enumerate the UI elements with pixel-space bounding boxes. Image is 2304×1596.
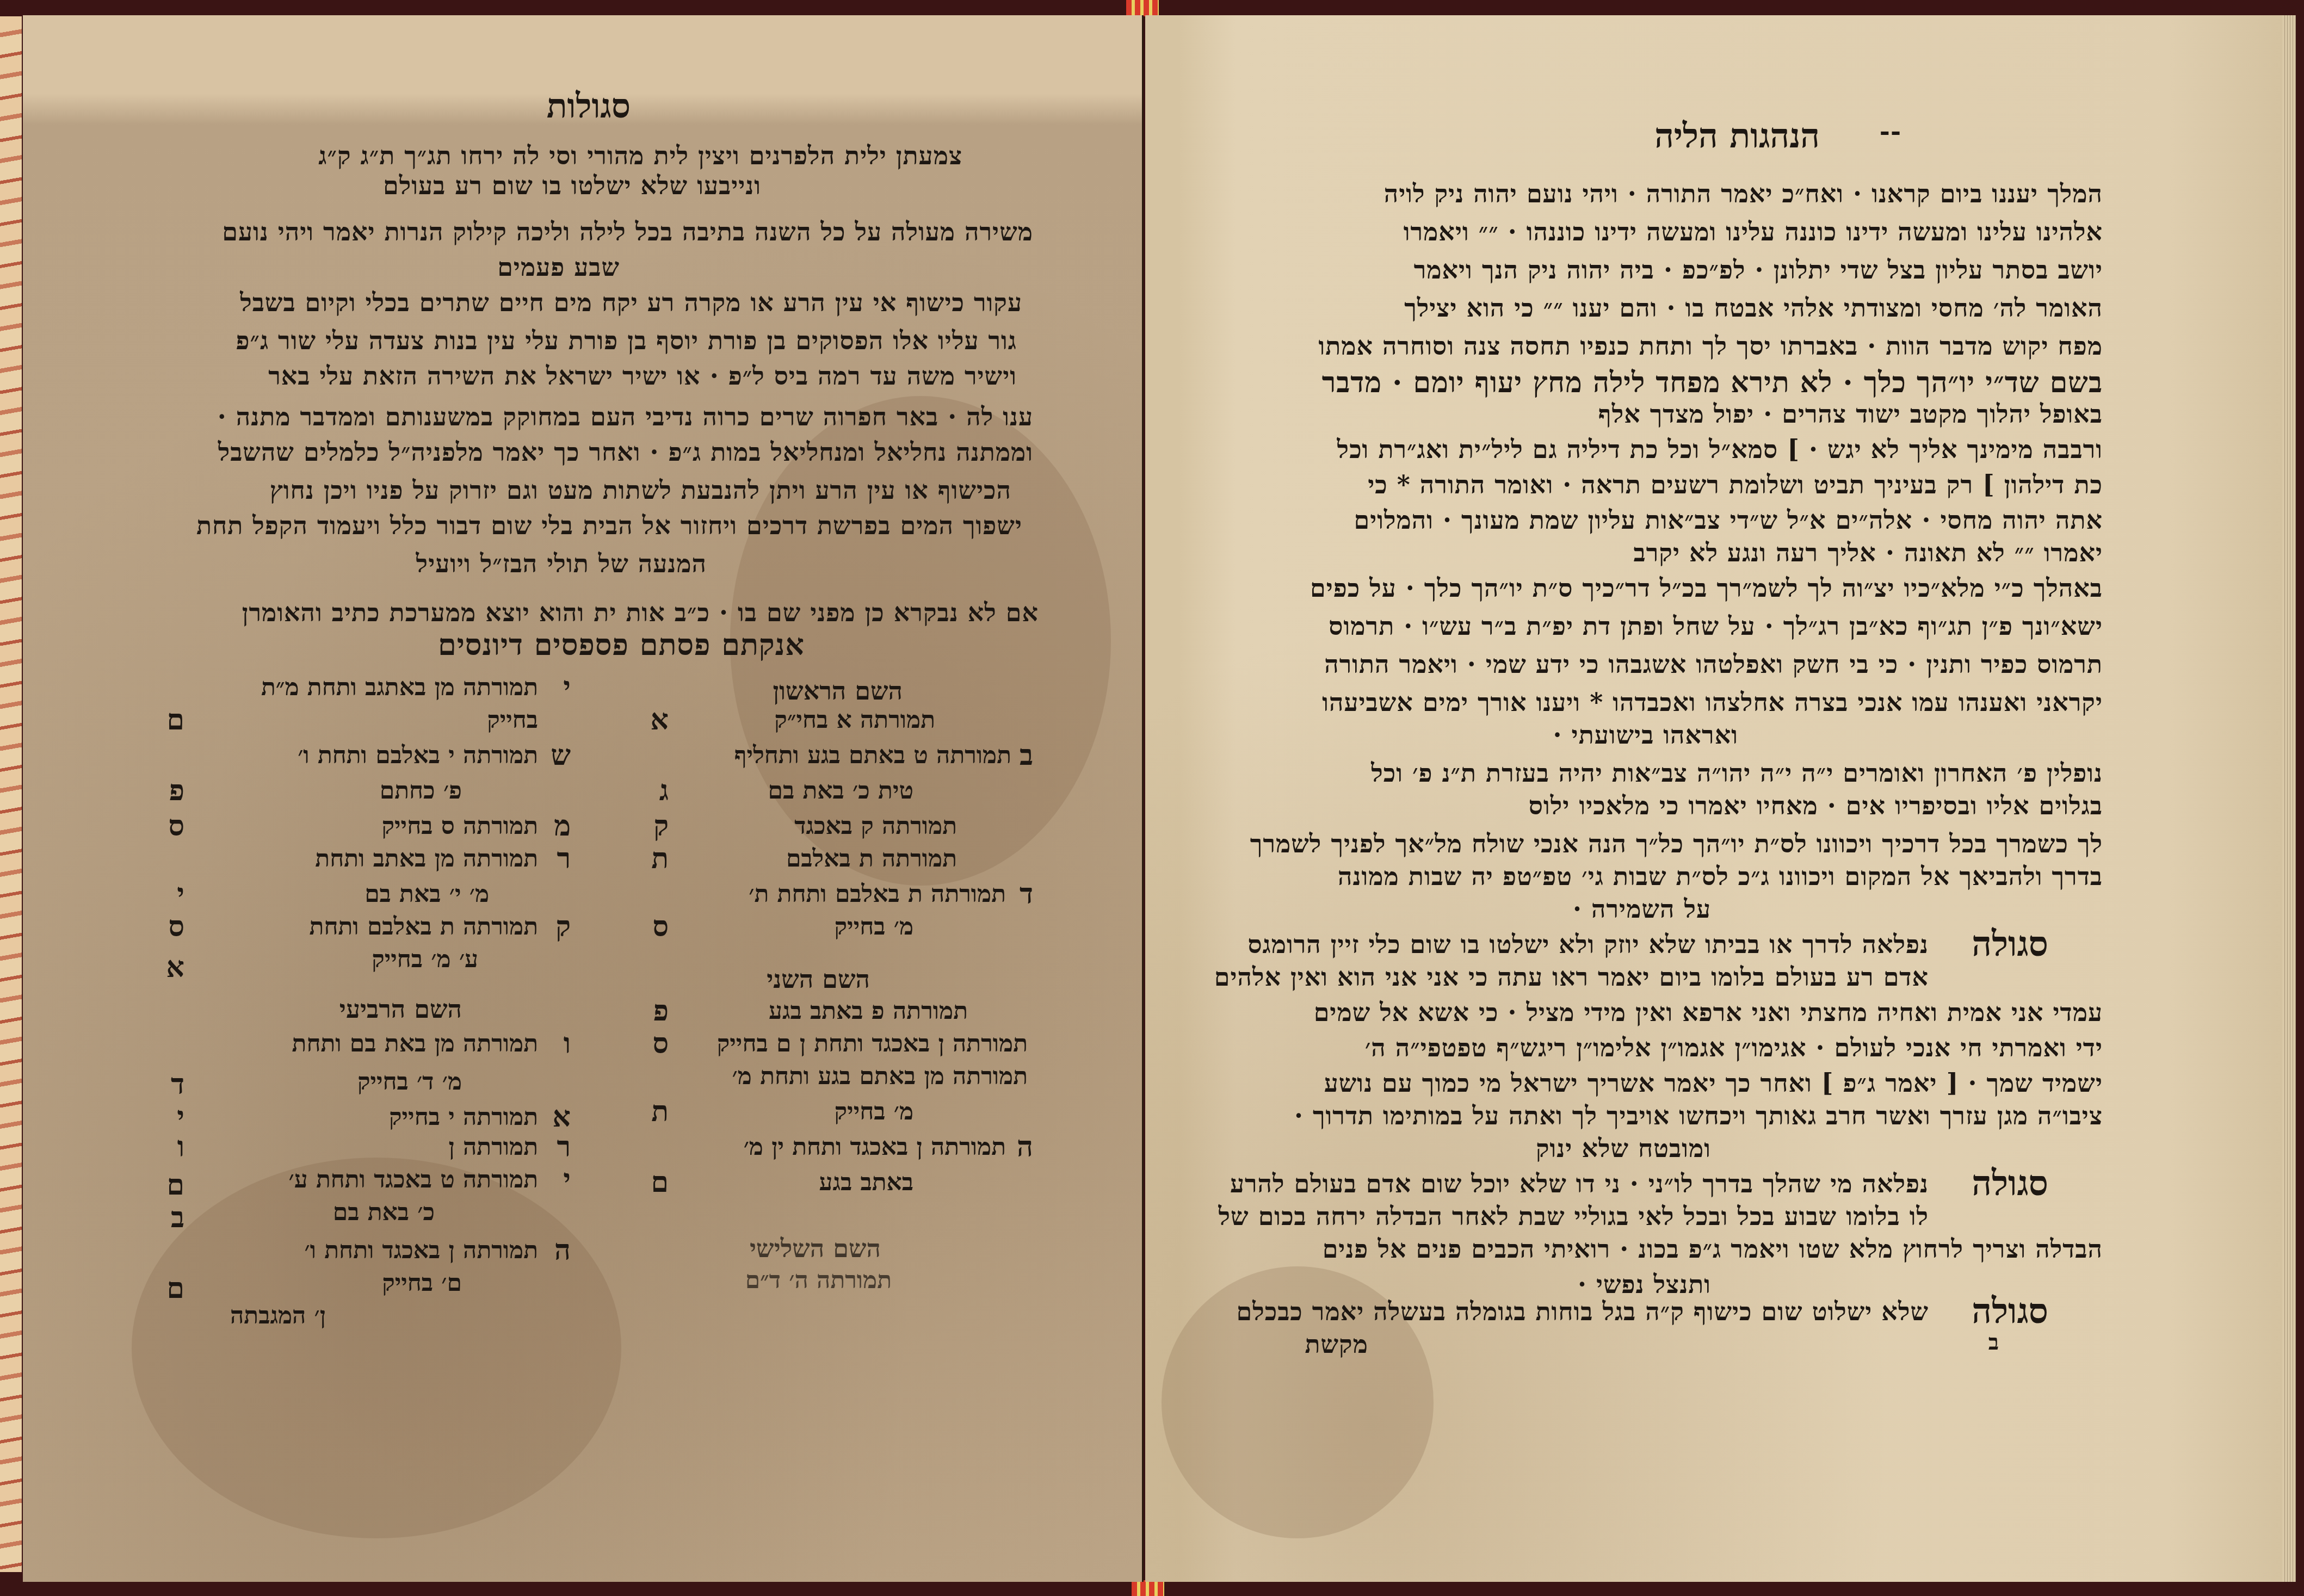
table-cell: תמורתה ן באכגד ותחת ו׳: [305, 1236, 538, 1264]
paragraph-line: יקראני ואענהו עמו אנכי בצרה אחלצהו ואכבד…: [1322, 690, 2103, 715]
table-heading: השם הרביעי: [339, 994, 462, 1024]
table-cell: תמורתה ס בחייק: [382, 812, 538, 840]
table-letter: ם: [651, 1166, 669, 1199]
body-line: וממתנה נחליאל ומנחליאל במות ג״פ · ואחר כ…: [218, 440, 1033, 465]
table-outer-letter: ם: [167, 1272, 184, 1305]
table-cell: תמורתה ט באתם בגע ותחליף: [734, 741, 1011, 769]
table-cell: תמורתה מן באת בם ותחת: [292, 1030, 538, 1057]
table-outer-letter: ם: [167, 703, 184, 737]
paragraph-line: יושב בסתר עליון בצל שדי יתלונן · לפ״כפ ·…: [1414, 257, 2103, 282]
paragraph-line: האומר לה׳ מחסי ומצודתי אלהי אבטח בו · וה…: [1404, 295, 2103, 320]
table-letter: ב: [1020, 739, 1033, 772]
body-line: גור עליו אלו הפסוקים בן פורת יוסף בן פור…: [236, 328, 1017, 353]
table-cell: תמורתה מן באתגב ותחת מ״ת: [261, 673, 538, 701]
intro-line: ונייבעו שלא ישלטו בו שום רע בעולם: [383, 173, 761, 198]
intro-line: משירה מעולה על כל השנה בתיבה בכל לילה ול…: [222, 219, 1033, 244]
paragraph-line: נופלין פ׳ האחרון ואומרים י״ה י״ה יהו״ה צ…: [1371, 760, 2103, 785]
table-letter: ד: [1020, 877, 1033, 911]
segulah-line: ישמיד שמך · [ יאמר ג״פ ] ואחר כך יאמר אש…: [1324, 1071, 2103, 1096]
table-cell: ע׳ מ׳ בחייק: [372, 945, 478, 973]
catchword-mark: --: [1880, 119, 1901, 144]
table-cell: ן׳ המגבתה: [230, 1302, 326, 1329]
segulah-line: לו בלומו שבוע בכל ובכל לאי בגוליי שבת לא…: [1219, 1204, 1929, 1229]
headband-bottom: [1132, 1580, 1164, 1596]
intro-line: שבע פעמים: [497, 255, 620, 280]
table-outer-letter: י: [177, 1100, 184, 1134]
segulah-line: ומובטח שלא ינוק: [1536, 1136, 1711, 1161]
segulah-line: הבדלה וצריך לרחוץ מלא שטו ויאמר ג״פ בכונ…: [1323, 1236, 2103, 1261]
table-letter: מ: [554, 809, 571, 843]
table-cell: מ׳ בחייק: [835, 913, 913, 941]
table-letter: ק: [555, 910, 571, 943]
table-letter: ס: [652, 910, 669, 943]
table-cell: תמורתה י בחייק: [389, 1103, 538, 1131]
table-outer-letter: א: [166, 951, 184, 984]
body-line: הכישוף או עין הרע ויתן להנבעת לשתות מעט …: [270, 478, 1011, 503]
table-intro: אם לא נבקרא כן מפני שם בו · כ״ב אות ית ו…: [242, 600, 1039, 625]
segulah-line: עמדי אני אמית ואחיה מחצתי ואני ארפא ואין…: [1314, 1000, 2103, 1025]
table-outer-letter: ס: [168, 910, 184, 943]
table-intro-title: אנקתם פסתם פספסים דיונסים: [438, 630, 805, 659]
table-letter: ת: [651, 1095, 669, 1128]
table-letter: י: [563, 1163, 571, 1196]
table-letter: ר: [557, 842, 571, 875]
table-outer-letter: ד: [171, 1068, 184, 1101]
paragraph-line: אתה יהוה מחסי · אלה״ים א״ל ש״די צב״אות ע…: [1354, 508, 2103, 533]
table-cell: תמורתה מן באתב ותחת: [315, 845, 538, 873]
table-outer-letter: ו: [177, 1130, 184, 1164]
catchword: ב: [1988, 1332, 1999, 1353]
table-outer-letter: ס: [168, 809, 184, 843]
segulah-label: סגולה: [1972, 1163, 2048, 1204]
running-head: הנהגות הליה: [1654, 116, 1820, 156]
table-cell: תמורתה ן באכגד ותחת ן ם בחייק: [717, 1030, 1028, 1057]
table-cell: מ׳ בחייק: [835, 1098, 913, 1125]
paragraph-line: כת דילהון ] רק בעיניך תביט ושלומת רשעים …: [1368, 472, 2103, 497]
paragraph-line: המלך יעננו ביום קראנו · ואח״כ יאמר התורה…: [1384, 181, 2103, 206]
table-letter: ה: [554, 1234, 571, 1267]
segulah-line: נפלאה מי שהלך בדרך לו״ני · ני דו שלא יוכ…: [1230, 1171, 1929, 1196]
paragraph-line: ישא״ונך פ״ן תג״וף כא״בן רג״לך · על שחל ו…: [1329, 614, 2103, 639]
table-cell: מ׳ ד׳ בחייק: [357, 1068, 462, 1096]
table-cell: תמורתה פ באתב בגע: [769, 997, 968, 1025]
paragraph-line: באופל יהלוך מקטב ישוד צהרים · יפול מצדך …: [1598, 401, 2103, 426]
segulah-line: נפלאה לדרך או בביתו שלא יוזק ולא ישלטו ב…: [1247, 932, 1929, 957]
table-outer-letter: פ: [169, 774, 184, 807]
table-letter: א: [651, 703, 669, 737]
body-line: וישיר משה עד רמה ביס ל״פ · או ישיר ישראל…: [268, 363, 1017, 388]
table-letter: ו: [564, 1027, 571, 1060]
segulah-line: אדם רע בעולם בלומו ביום יאמר ראו עתה כי …: [1214, 964, 1929, 989]
table-cell: תמורתה ן באכגד ותחת ין מ׳: [744, 1133, 1006, 1161]
table-cell: תמורתה ת באלבם ותחת ת׳: [749, 880, 1006, 908]
table-cell: כ׳ באת בם: [333, 1198, 435, 1226]
table-cell: תמורתה ט באכגד ותחת ע׳: [289, 1166, 538, 1193]
paragraph-line: על השמירה ·: [1573, 896, 1711, 921]
table-cell: ם׳ בחייק: [382, 1269, 462, 1297]
paragraph-line: יאמרו ״״ לא תאונה · אליך רעה ונגע לא יקר…: [1634, 540, 2103, 565]
table-cell: תמורתה ה׳ ד״ם: [745, 1266, 892, 1294]
table-cell: בחייק: [487, 706, 538, 734]
table-cell: תמורתה א בחי״ק: [774, 706, 935, 734]
table-heading: השם הראשון: [773, 676, 903, 706]
table-cell: באתב בגע: [819, 1168, 913, 1196]
table-outer-letter: ב: [171, 1201, 184, 1234]
table-letter: ס: [652, 1027, 669, 1060]
segulah-line: מקשת: [1305, 1332, 1368, 1357]
body-line: ענו לה · באר חפרוה שרים כרוה נדיבי העם ב…: [218, 404, 1033, 429]
paragraph-line: בגלוים אליו ובסיפריו אים · מאחיו יאמרו כ…: [1529, 793, 2103, 818]
table-outer-letter: ם: [167, 1168, 184, 1202]
paragraph-line: בשם שד״י יו״הך כלך · לא תירא מפחד לילה מ…: [1322, 369, 2103, 397]
body-line: המנעה של תולי הבז״ל ויועיל: [416, 551, 707, 576]
table-cell: תמורתה ן: [449, 1133, 538, 1161]
table-letter: ש: [551, 739, 571, 772]
intro-line: צמעתן ילית הלפרנים ויצין לית מהורי וסי ל…: [318, 143, 962, 168]
segulah-line: ידי ואמרתי חי אנכי לעולם · אגימו״ן אגמו״…: [1365, 1035, 2103, 1060]
marbled-endpaper: [0, 16, 22, 1572]
headband-top: [1126, 0, 1159, 16]
left-page: סגולות צמעתן ילית הלפרנים ויצין לית מהור…: [23, 15, 1144, 1582]
body-line: עקור כישוף אי עין הרע או מקרה רע יקח מים…: [240, 290, 1022, 315]
segulah-line: ציבו״ה מגן עזרך ואשר חרב גאותך ויכחשו או…: [1294, 1103, 2103, 1128]
segulah-line: ותנצל נפשי ·: [1578, 1272, 1711, 1297]
paragraph-line: ורבבה מימינך אליך לא יגש · ] סמא״ל וכל כ…: [1337, 437, 2103, 462]
table-cell: תמורתה מן באתם בגע ותחת מ׳: [732, 1062, 1028, 1090]
table-cell: תמורתה ק באכגד: [794, 812, 957, 840]
table-heading: השם השלישי: [750, 1234, 881, 1263]
table-letter: א: [553, 1100, 571, 1134]
table-letter: ר: [557, 1130, 571, 1164]
table-letter: ק: [653, 809, 669, 843]
table-cell: פ׳ כחתם: [380, 777, 462, 805]
paragraph-line: באהלך כ״י מלא״כיו יצ״וה לך לשמ״רך בכ״ל ד…: [1310, 576, 2103, 601]
table-letter: ה: [1017, 1130, 1033, 1164]
table-cell: תמורתה ת באלבם ותחת: [310, 913, 538, 941]
running-head: סגולות: [547, 86, 631, 126]
table-heading: השם השני: [767, 964, 870, 994]
paragraph-line: תרמוס כפיר ותנין · כי בי חשק ואפלטהו אשג…: [1324, 652, 2103, 677]
segulah-label: סגולה: [1972, 1291, 2048, 1332]
paragraph-line: אלהינו עלינו ומעשה ידינו כוננה עלינו ומע…: [1404, 219, 2103, 244]
paragraph-line: בדרך ולהביאך אל המקום ויכוונו ג״כ לס״ת ש…: [1338, 864, 2103, 889]
table-cell: תמורתה ת באלבם: [786, 845, 957, 873]
paragraph-line: מפח יקוש מדבר הוות · באברתו יסך לך ותחת …: [1318, 333, 2103, 358]
right-page: הנהגות הליה -- המלך יעננו ביום קראנו · ו…: [1145, 15, 2282, 1582]
paragraph-line: לך כשמרך בכל דרכיך ויכוונו לס״ת יו״הך כל…: [1250, 831, 2103, 856]
table-cell: טית כ׳ באת בם: [768, 777, 913, 805]
table-letter: ת: [651, 842, 669, 875]
table-letter: ג: [659, 774, 669, 807]
table-cell: מ׳ י׳ באת בם: [365, 880, 489, 908]
table-cell: תמורתה י באלבם ותחת ו׳: [298, 741, 538, 769]
table-outer-letter: י: [177, 877, 184, 911]
paragraph-line: ואראהו בישועתי ·: [1553, 722, 1738, 747]
segulah-label: סגולה: [1972, 924, 2048, 964]
table-letter: פ: [653, 994, 669, 1028]
body-line: ישפוך המים בפרשת דרכים ויחזור אל הבית בל…: [196, 513, 1022, 538]
table-letter: י: [563, 671, 571, 704]
segulah-line: שלא ישלוט שום כישוף ק״ה בגל בוחות בגומלה…: [1236, 1299, 1929, 1324]
